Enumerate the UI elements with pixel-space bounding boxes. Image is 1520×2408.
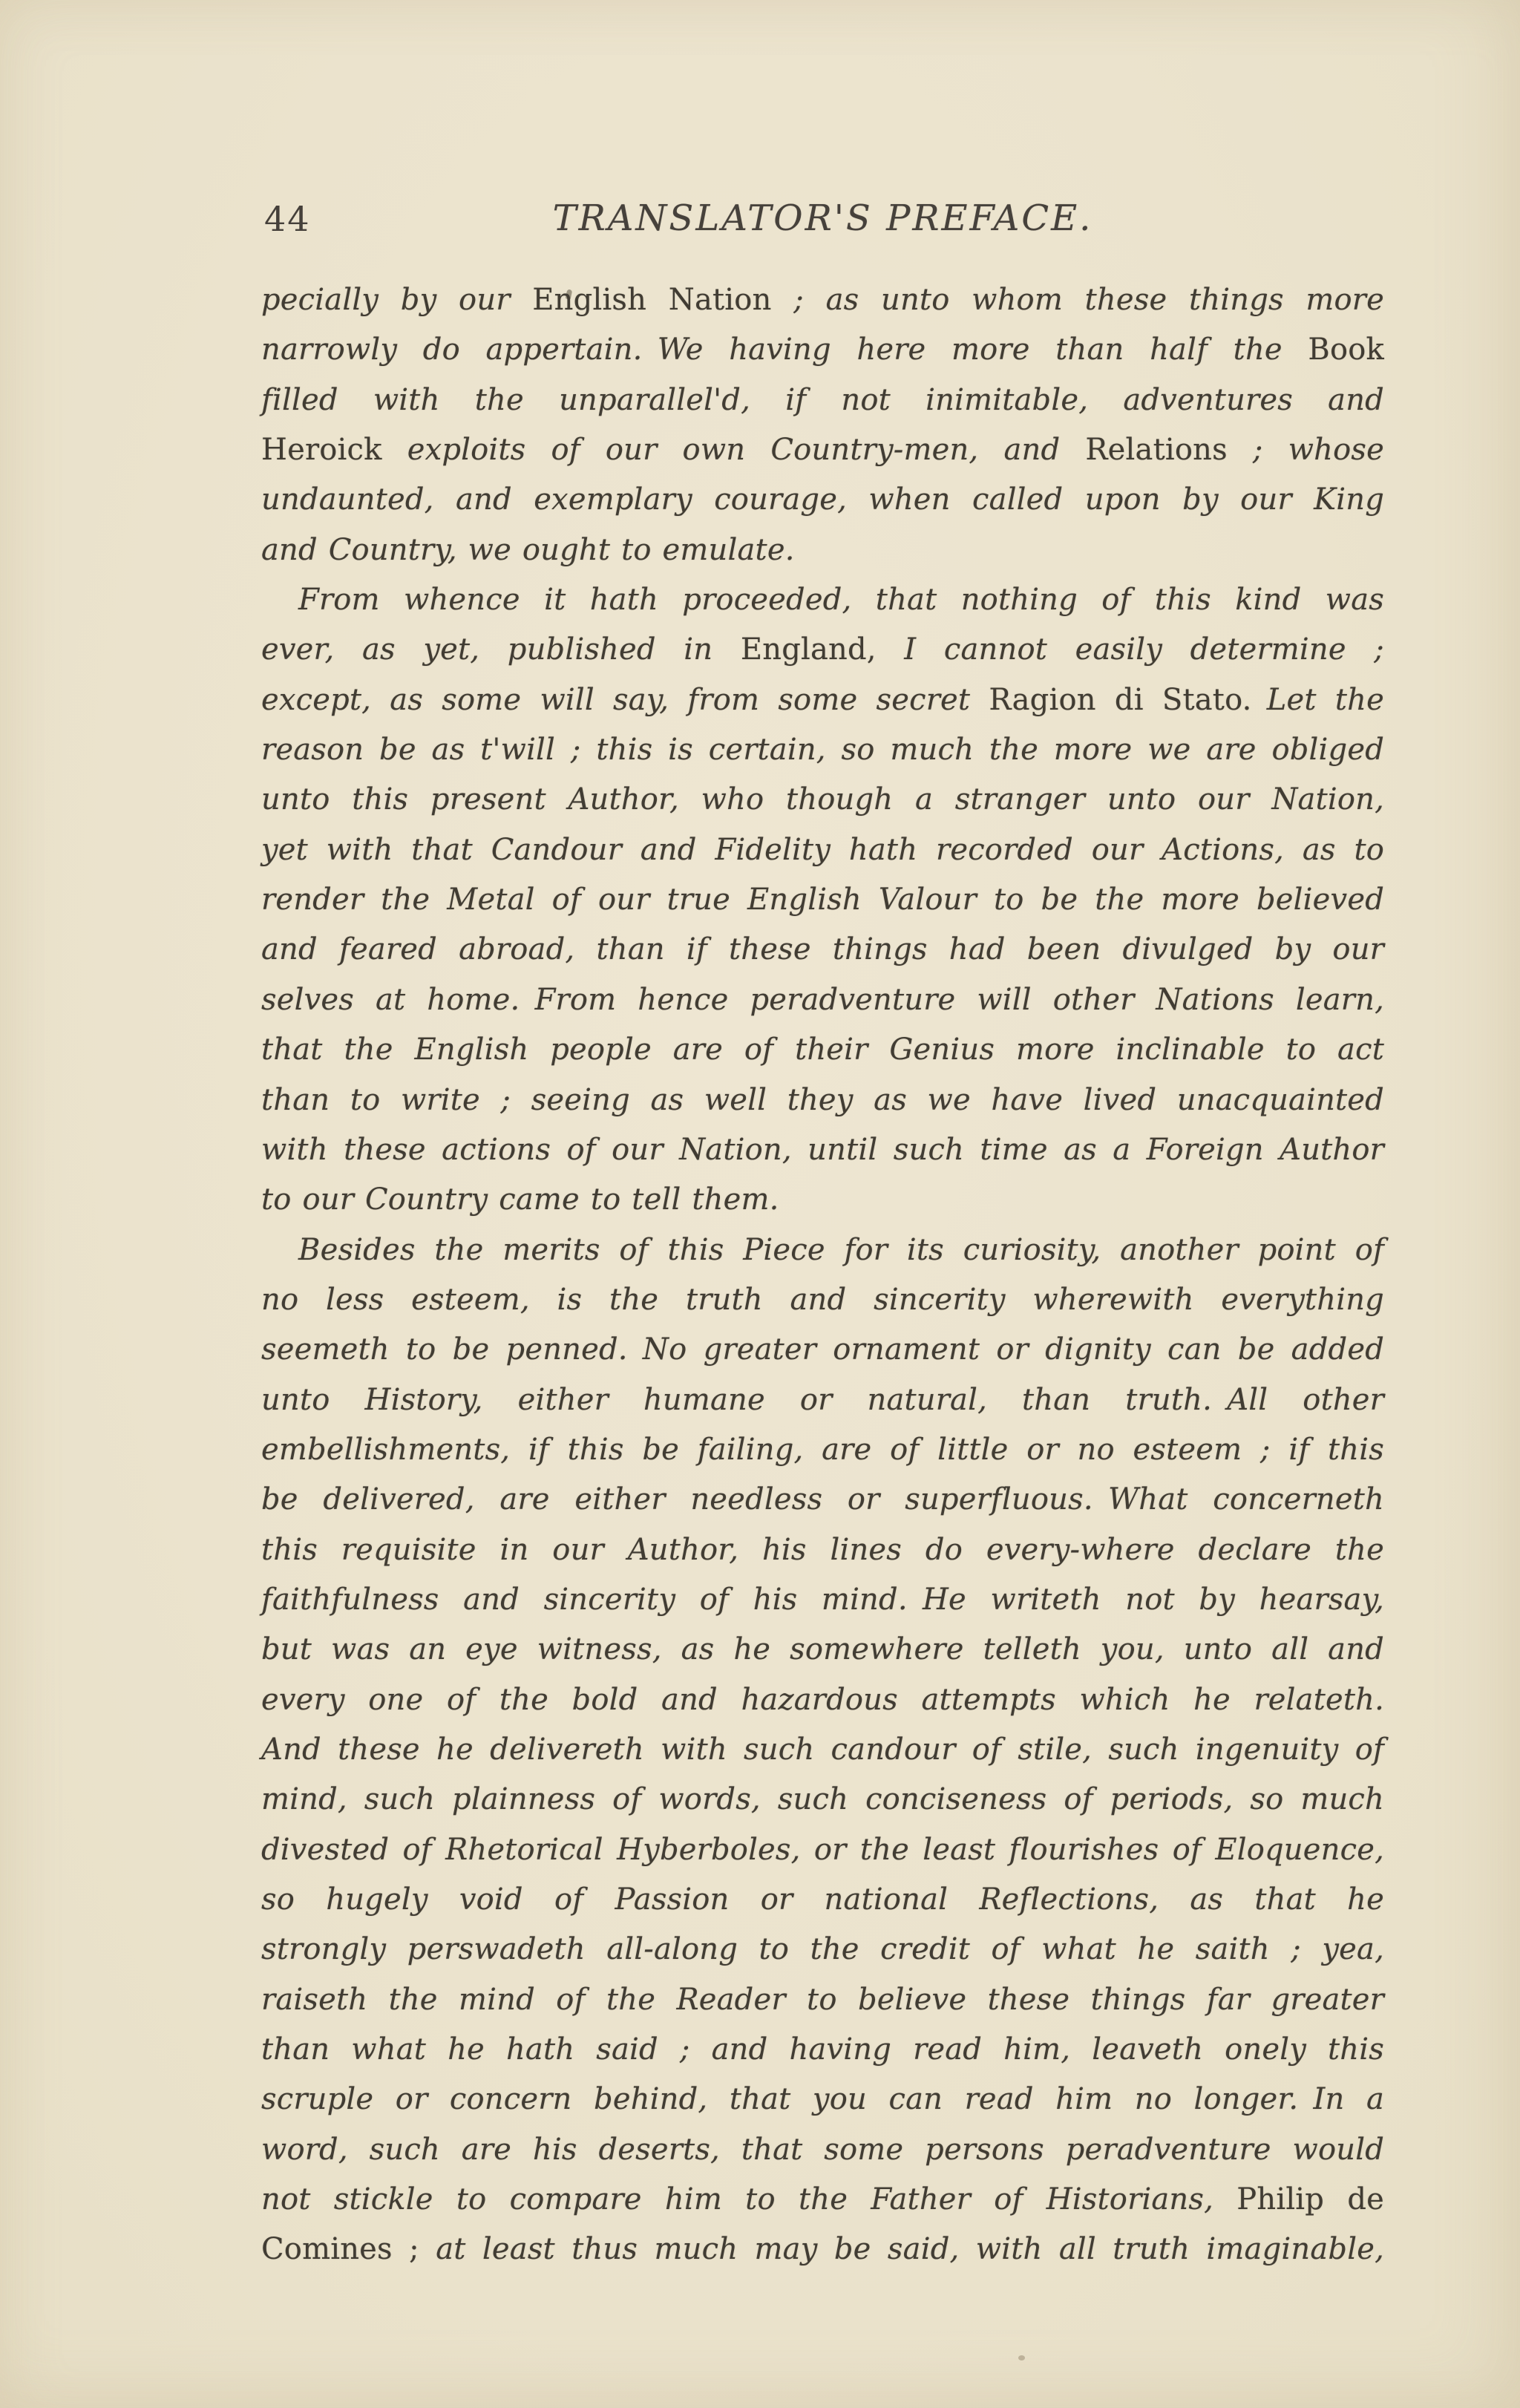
text-line: but was an eye witness, as he somewhere … [261, 1625, 1384, 1675]
text-line: and Country, we ought to emulate. [261, 526, 1384, 575]
text-line: unto History, either humane or natural, … [261, 1375, 1384, 1425]
italic-text-segment: but was an eye witness, as he somewhere … [261, 1632, 1384, 1666]
italic-text-segment: seemeth to be penned. No greater ornamen… [261, 1332, 1384, 1367]
text-line: be delivered, are either needless or sup… [261, 1475, 1384, 1525]
italic-text-segment: and Country, we ought to emulate. [261, 533, 795, 567]
italic-text-segment: than to write ; seeing as well they as w… [261, 1083, 1384, 1117]
text-line: to our Country came to tell them. [261, 1175, 1384, 1225]
italic-text-segment: unto History, either humane or natural, … [261, 1383, 1384, 1417]
text-line: this requisite in our Author, his lines … [261, 1525, 1384, 1575]
text-line: unto this present Author, who though a s… [261, 775, 1384, 825]
italic-text-segment: not stickle to compare him to the Father… [261, 2182, 1236, 2216]
italic-text-segment: with these actions of our Nation, until … [261, 1133, 1384, 1167]
italic-text-segment: scruple or concern behind, that you can … [261, 2082, 1384, 2116]
italic-text-segment: every one of the bold and hazardous atte… [261, 1683, 1384, 1717]
text-line: Heroick exploits of our own Country-men,… [261, 425, 1384, 475]
italic-text-segment: except, as some will say, from some secr… [261, 683, 989, 717]
text-line: ever, as yet, published in England, I ca… [261, 625, 1384, 675]
text-line: divested of Rhetorical Hyberboles, or th… [261, 1825, 1384, 1875]
text-line: undaunted, and exemplary courage, when c… [261, 475, 1384, 525]
text-line: Comines ; at least thus much may be said… [261, 2225, 1384, 2274]
text-line: raiseth the mind of the Reader to believ… [261, 1975, 1384, 2025]
italic-text-segment: so hugely void of Passion or national Re… [261, 1882, 1384, 1917]
italic-text-segment: narrowly do appertain. We having here mo… [261, 333, 1308, 367]
text-line: word, such are his deserts, that some pe… [261, 2125, 1384, 2175]
roman-text-segment: English Nation [532, 283, 771, 317]
text-line: selves at home. From hence peradventure … [261, 975, 1384, 1025]
text-line: every one of the bold and hazardous atte… [261, 1675, 1384, 1725]
italic-text-segment: yet with that Candour and Fidelity hath … [261, 833, 1384, 867]
text-line: not stickle to compare him to the Father… [261, 2175, 1384, 2225]
italic-text-segment: I cannot easily determine ; [877, 632, 1384, 667]
italic-text-segment: ; as unto whom these things more [772, 283, 1384, 317]
text-line: that the English people are of their Gen… [261, 1025, 1384, 1075]
italic-text-segment: render the Metal of our true English Val… [261, 883, 1384, 917]
roman-text-segment: Ragion di Stato. [989, 683, 1251, 717]
text-line: with these actions of our Nation, until … [261, 1125, 1384, 1175]
italic-text-segment: mind, such plainness of words, such conc… [261, 1782, 1384, 1816]
italic-text-segment: strongly perswadeth all-along to the cre… [261, 1932, 1384, 1966]
text-line: filled with the unparallel'd, if not ini… [261, 376, 1384, 425]
text-line: From whence it hath proceeded, that noth… [261, 575, 1384, 625]
italic-text-segment: selves at home. From hence peradventure … [261, 983, 1384, 1017]
text-line: than what he hath said ; and having read… [261, 2025, 1384, 2075]
italic-text-segment: exploits of our own Country-men, and [407, 433, 1086, 467]
roman-text-segment: Relations [1085, 433, 1227, 467]
text-line: reason be as t'will ; this is certain, s… [261, 725, 1384, 775]
text-line: pecially by our English Nation ; as unto… [261, 275, 1384, 325]
text-line: render the Metal of our true English Val… [261, 875, 1384, 925]
italic-text-segment: faithfulness and sincerity of his mind. … [261, 1583, 1384, 1617]
italic-text-segment: divested of Rhetorical Hyberboles, or th… [261, 1833, 1384, 1867]
text-line: narrowly do appertain. We having here mo… [261, 325, 1384, 375]
italic-text-segment: And these he delivereth with such candou… [261, 1733, 1384, 1767]
italic-text-segment: no less esteem, is the truth and sinceri… [261, 1283, 1384, 1317]
italic-text-segment: ever, as yet, published in [261, 632, 741, 667]
italic-text-segment: to our Country came to tell them. [261, 1182, 779, 1217]
text-line: than to write ; seeing as well they as w… [261, 1076, 1384, 1125]
italic-text-segment: raiseth the mind of the Reader to believ… [261, 1983, 1384, 2017]
roman-text-segment: Comines ; [261, 2232, 436, 2266]
roman-text-segment: Book [1308, 333, 1384, 367]
italic-text-segment: From whence it hath proceeded, that noth… [298, 583, 1384, 617]
text-line: except, as some will say, from some secr… [261, 675, 1384, 725]
preface-text-block: pecially by our English Nation ; as unto… [261, 275, 1384, 2275]
text-line: mind, such plainness of words, such conc… [261, 1775, 1384, 1825]
italic-text-segment: unto this present Author, who though a s… [261, 782, 1384, 817]
text-line: And these he delivereth with such candou… [261, 1725, 1384, 1775]
text-line: so hugely void of Passion or national Re… [261, 1875, 1384, 1925]
italic-text-segment: be delivered, are either needless or sup… [261, 1482, 1384, 1517]
text-line: yet with that Candour and Fidelity hath … [261, 825, 1384, 875]
italic-text-segment: reason be as t'will ; this is certain, s… [261, 733, 1384, 767]
italic-text-segment: word, such are his deserts, that some pe… [261, 2133, 1384, 2167]
italic-text-segment: pecially by our [261, 283, 532, 317]
text-line: and feared abroad, than if these things … [261, 925, 1384, 975]
ink-speck [1018, 2355, 1025, 2360]
text-line: seemeth to be penned. No greater ornamen… [261, 1325, 1384, 1375]
italic-text-segment: filled with the unparallel'd, if not ini… [261, 383, 1384, 417]
text-line: strongly perswadeth all-along to the cre… [261, 1925, 1384, 1975]
text-line: embellishments, if this be failing, are … [261, 1425, 1384, 1475]
text-line: Besides the merits of this Piece for its… [261, 1226, 1384, 1275]
roman-text-segment: Philip de [1236, 2182, 1384, 2216]
text-line: scruple or concern behind, that you can … [261, 2075, 1384, 2124]
italic-text-segment: ; whose [1228, 433, 1384, 467]
text-line: no less esteem, is the truth and sinceri… [261, 1275, 1384, 1325]
roman-text-segment: England, [741, 632, 877, 667]
italic-text-segment: Besides the merits of this Piece for its… [298, 1233, 1384, 1267]
italic-text-segment: undaunted, and exemplary courage, when c… [261, 482, 1384, 517]
italic-text-segment: that the English people are of their Gen… [261, 1033, 1384, 1067]
italic-text-segment: Let the [1252, 683, 1384, 717]
italic-text-segment: than what he hath said ; and having read… [261, 2032, 1384, 2067]
italic-text-segment: embellishments, if this be failing, are … [261, 1433, 1384, 1467]
running-title: TRANSLATOR'S PREFACE. [261, 197, 1384, 239]
text-line: faithfulness and sincerity of his mind. … [261, 1575, 1384, 1625]
italic-text-segment: this requisite in our Author, his lines … [261, 1533, 1384, 1567]
italic-text-segment: and feared abroad, than if these things … [261, 932, 1384, 966]
roman-text-segment: Heroick [261, 433, 407, 467]
book-page-scan: 44 TRANSLATOR'S PREFACE. pecially by our… [0, 0, 1520, 2408]
italic-text-segment: at least thus much may be said, with all… [436, 2232, 1384, 2266]
